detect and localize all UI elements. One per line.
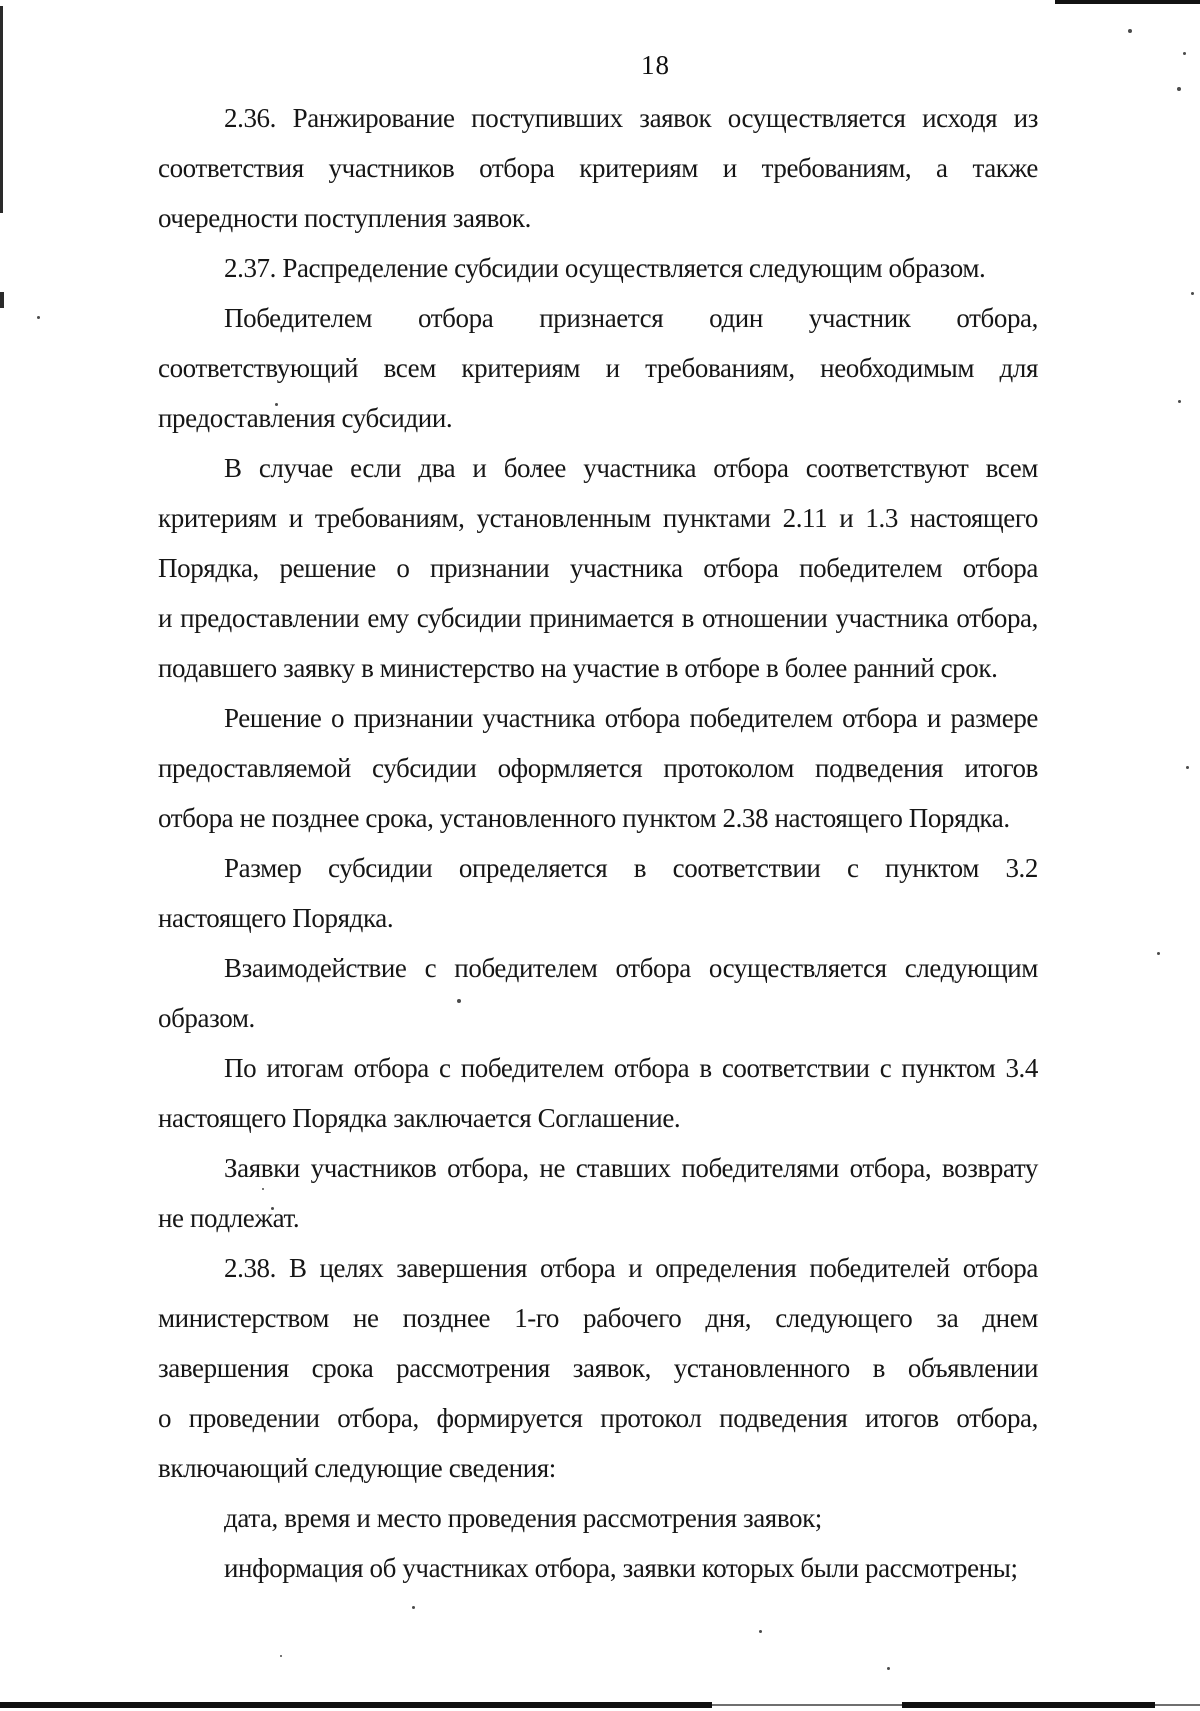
document-body: 2.36. Ранжирование поступивших заявок ос… xyxy=(158,93,1038,1593)
text-line: предоставляемой субсидии оформляется про… xyxy=(158,743,1038,793)
text-line: и предоставлении ему субсидии принимаетс… xyxy=(158,593,1038,643)
text-line: включающий следующие сведения: xyxy=(158,1443,1038,1493)
text-line: завершения срока рассмотрения заявок, ус… xyxy=(158,1343,1038,1393)
scan-speck xyxy=(275,403,278,406)
scan-speck xyxy=(1128,29,1132,33)
text-line: В случае если два и более участника отбо… xyxy=(158,443,1038,493)
text-line: информация об участниках отбора, заявки … xyxy=(158,1543,1038,1593)
scan-speck xyxy=(1157,952,1160,955)
item-date-time-place: дата, время и место проведения рассмотре… xyxy=(158,1493,1038,1543)
text-line: соответствия участников отбора критериям… xyxy=(158,143,1038,193)
scan-speck xyxy=(1191,292,1194,295)
scan-edge-mark xyxy=(1055,0,1200,4)
text-line: очередности поступления заявок. xyxy=(158,193,1038,243)
text-line: Порядка, решение о признании участника о… xyxy=(158,543,1038,593)
text-line: настоящего Порядка заключается Соглашени… xyxy=(158,1093,1038,1143)
text-line: образом. xyxy=(158,993,1038,1043)
scan-speck xyxy=(280,1655,282,1657)
scan-edge-mark xyxy=(0,292,4,308)
scan-speck xyxy=(412,1606,415,1609)
para-2-38-protocol: 2.38. В целях завершения отбора и опреде… xyxy=(158,1243,1038,1493)
para-winner-definition: Победителем отбора признается один участ… xyxy=(158,293,1038,443)
scan-speck xyxy=(1178,400,1181,403)
text-line: не подлежат. xyxy=(158,1193,1038,1243)
text-line: 2.38. В целях завершения отбора и опреде… xyxy=(158,1243,1038,1293)
text-line: Победителем отбора признается один участ… xyxy=(158,293,1038,343)
scan-speck xyxy=(457,999,461,1003)
para-agreement: По итогам отбора с победителем отбора в … xyxy=(158,1043,1038,1143)
text-line: подавшего заявку в министерство на участ… xyxy=(158,643,1038,693)
scan-speck xyxy=(1177,87,1181,91)
document-page: 18 2.36. Ранжирование поступивших заявок… xyxy=(0,0,1200,1711)
text-line: Размер субсидии определяется в соответст… xyxy=(158,843,1038,893)
para-2-36-ranking: 2.36. Ранжирование поступивших заявок ос… xyxy=(158,93,1038,243)
scan-speck xyxy=(1186,766,1189,769)
scan-speck xyxy=(37,316,40,319)
text-line: дата, время и место проведения рассмотре… xyxy=(158,1493,1038,1543)
text-line: настоящего Порядка. xyxy=(158,893,1038,943)
text-line: Заявки участников отбора, не ставших поб… xyxy=(158,1143,1038,1193)
text-line: отбора не позднее срока, установленного … xyxy=(158,793,1038,843)
para-subsidy-size: Размер субсидии определяется в соответст… xyxy=(158,843,1038,943)
para-tie-break-rule: В случае если два и более участника отбо… xyxy=(158,443,1038,693)
scan-speck xyxy=(271,1207,274,1210)
text-line: критериям и требованиям, установленным п… xyxy=(158,493,1038,543)
text-line: соответствующий всем критериям и требова… xyxy=(158,343,1038,393)
para-decision-protocol: Решение о признании участника отбора поб… xyxy=(158,693,1038,843)
scan-edge-mark xyxy=(902,1702,1155,1708)
text-line: Взаимодействие с победителем отбора осущ… xyxy=(158,943,1038,993)
text-line: 2.37. Распределение субсидии осуществляе… xyxy=(158,243,1038,293)
page-number: 18 xyxy=(641,50,701,81)
item-participants-info: информация об участниках отбора, заявки … xyxy=(158,1543,1038,1593)
text-line: По итогам отбора с победителем отбора в … xyxy=(158,1043,1038,1093)
scan-edge-mark xyxy=(0,1702,712,1708)
scan-speck xyxy=(887,1667,890,1670)
text-line: Решение о признании участника отбора поб… xyxy=(158,693,1038,743)
para-interaction-intro: Взаимодействие с победителем отбора осущ… xyxy=(158,943,1038,1043)
text-line: министерством не позднее 1-го рабочего д… xyxy=(158,1293,1038,1343)
scan-speck xyxy=(262,1188,264,1190)
scan-speck xyxy=(759,1630,762,1633)
para-no-return: Заявки участников отбора, не ставших поб… xyxy=(158,1143,1038,1243)
scan-speck xyxy=(1183,52,1186,55)
para-2-37-distribution: 2.37. Распределение субсидии осуществляе… xyxy=(158,243,1038,293)
scan-speck xyxy=(536,467,539,470)
text-line: предоставления субсидии. xyxy=(158,393,1038,443)
text-line: 2.36. Ранжирование поступивших заявок ос… xyxy=(158,93,1038,143)
text-line: о проведении отбора, формируется протоко… xyxy=(158,1393,1038,1443)
scan-edge-mark xyxy=(0,6,3,213)
